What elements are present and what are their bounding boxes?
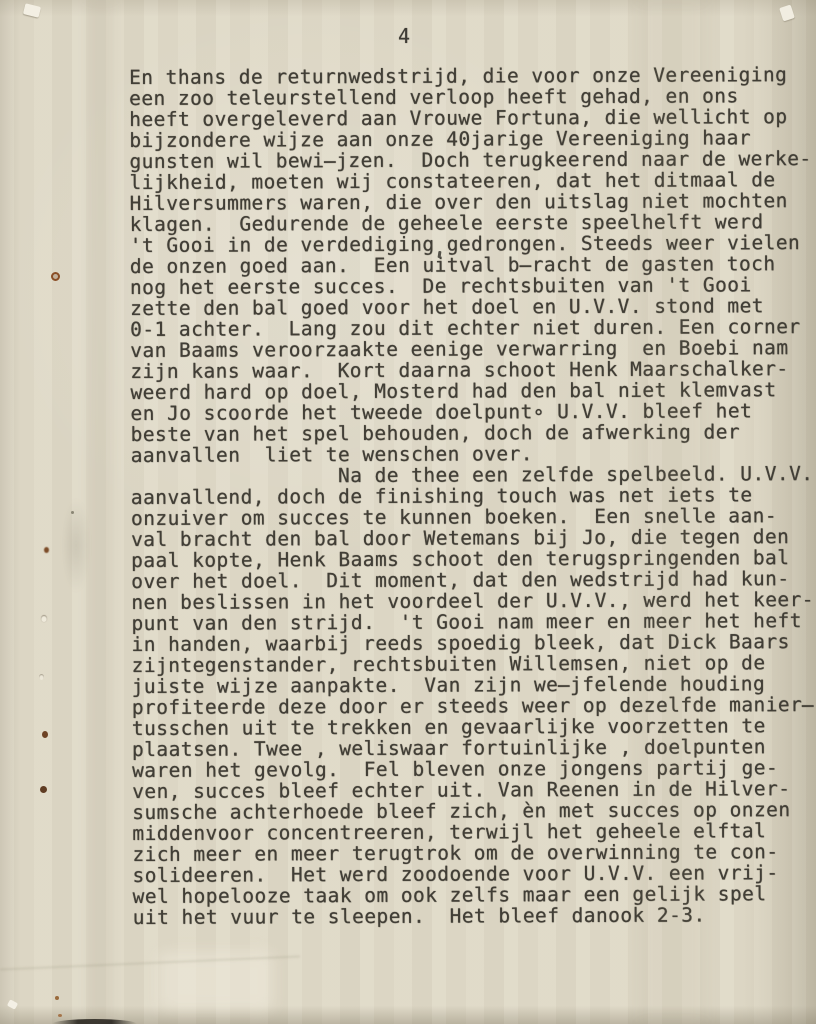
page-number: 4 xyxy=(398,24,410,48)
scanned-typewritten-page: 4 En thans de returnwedstrijd, die voor … xyxy=(0,0,816,1024)
paper-chip-bottom-left xyxy=(7,999,18,1009)
text-line: uit het vuur te sleepen. Het bleef danoo… xyxy=(133,904,816,928)
bottom-edge-shadow xyxy=(52,1019,137,1024)
scan-streak-band xyxy=(88,0,114,1024)
typewritten-body-text: En thans de returnwedstrijd, die voor on… xyxy=(129,64,816,928)
text-line: beste van het spel behouden, doch de afw… xyxy=(131,421,816,445)
paper-chip-top-right xyxy=(779,4,795,21)
paper-crease xyxy=(0,955,300,970)
paper-stain xyxy=(158,952,273,1010)
rust-binding-hole xyxy=(51,272,60,281)
margin-smudge xyxy=(62,498,90,593)
binding-hole xyxy=(42,731,48,738)
paper-chip-top-left xyxy=(23,3,41,18)
binding-hole xyxy=(40,786,47,793)
rust-speck xyxy=(58,1014,62,1017)
rust-speck xyxy=(55,996,59,1000)
binding-hole xyxy=(39,674,44,680)
binding-hole xyxy=(41,615,47,622)
text-line: wel hopelooze taak om ook zelfs maar een… xyxy=(133,883,816,907)
paper-speck xyxy=(71,511,74,514)
binding-hole xyxy=(44,547,49,553)
